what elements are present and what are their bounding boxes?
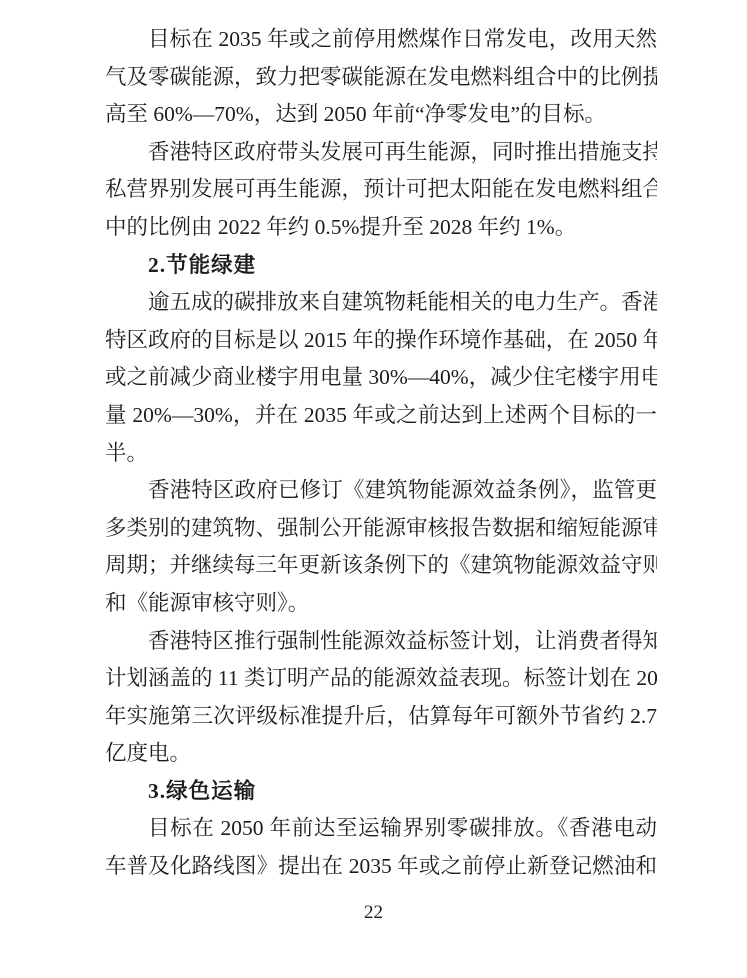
text-line: 目标在 2035 年或之前停用燃煤作日常发电，改用天然: [105, 21, 657, 59]
text-line: 和《能源审核守则》。: [105, 585, 657, 623]
text-line: 年实施第三次评级标准提升后，估算每年可额外节省约 2.7: [105, 698, 657, 736]
text-line: 气及零碳能源，致力把零碳能源在发电燃料组合中的比例提: [105, 59, 657, 97]
page-number: 22: [0, 901, 747, 925]
text-line: 香港特区政府带头发展可再生能源，同时推出措施支持: [105, 134, 657, 172]
text-line: 高至 60%—70%，达到 2050 年前“净零发电”的目标。: [105, 96, 657, 134]
text-line: 逾五成的碳排放来自建筑物耗能相关的电力生产。香港: [105, 284, 657, 322]
section-heading: 3.绿色运输: [105, 773, 657, 811]
text-line: 私营界别发展可再生能源，预计可把太阳能在发电燃料组合: [105, 171, 657, 209]
document-body: 目标在 2035 年或之前停用燃煤作日常发电，改用天然气及零碳能源，致力把零碳能…: [105, 21, 657, 886]
text-line: 目标在 2050 年前达至运输界别零碳排放。《香港电动: [105, 810, 657, 848]
text-line: 车普及化路线图》提出在 2035 年或之前停止新登记燃油和: [105, 848, 657, 886]
section-heading: 2.节能绿建: [105, 247, 657, 285]
text-line: 香港特区推行强制性能源效益标签计划，让消费者得知: [105, 623, 657, 661]
text-line: 香港特区政府已修订《建筑物能源效益条例》，监管更: [105, 472, 657, 510]
text-line: 特区政府的目标是以 2015 年的操作环境作基础，在 2050 年: [105, 322, 657, 360]
text-line: 亿度电。: [105, 735, 657, 773]
text-line: 半。: [105, 435, 657, 473]
text-line: 量 20%—30%，并在 2035 年或之前达到上述两个目标的一: [105, 397, 657, 435]
text-line: 计划涵盖的 11 类订明产品的能源效益表现。标签计划在 2025: [105, 660, 657, 698]
text-line: 或之前减少商业楼宇用电量 30%—40%，减少住宅楼宇用电: [105, 359, 657, 397]
text-line: 中的比例由 2022 年约 0.5%提升至 2028 年约 1%。: [105, 209, 657, 247]
text-line: 周期；并继续每三年更新该条例下的《建筑物能源效益守则》: [105, 547, 657, 585]
document-page: 目标在 2035 年或之前停用燃煤作日常发电，改用天然气及零碳能源，致力把零碳能…: [0, 0, 747, 978]
text-line: 多类别的建筑物、强制公开能源审核报告数据和缩短能源审核: [105, 510, 657, 548]
